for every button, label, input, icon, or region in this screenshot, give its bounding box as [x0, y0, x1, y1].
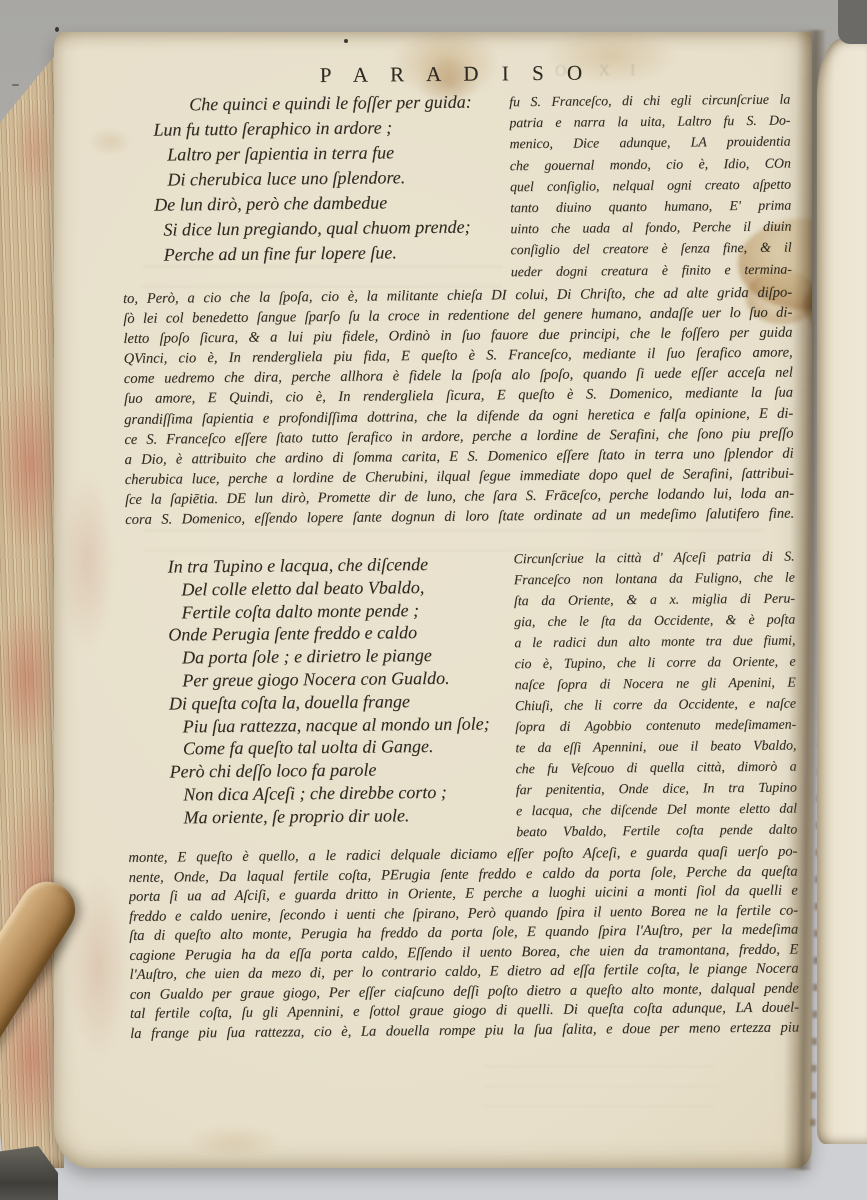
commentary-line: naſce ſopra di Nocera ne gli Apenini, E: [515, 672, 796, 696]
commentary-column-2: Circunſcriue la città d' Aſceſi patria d…: [514, 546, 798, 843]
commentary-line: cio è, Tupino, che li corre da Oriente, …: [515, 651, 796, 675]
commentary-line: e lacqua, che diſcende Del monte eletto …: [516, 798, 797, 822]
commentary-line: Circunſcriue la città d' Aſceſi patria d…: [514, 546, 795, 570]
foxing-stain: [12, 104, 58, 200]
running-title: P A R A D I S O: [121, 59, 790, 90]
dust-speck: [12, 84, 19, 86]
gloss-block-1: to, Però, a cio che la ſpoſa, cio è, la …: [123, 283, 794, 531]
commentary-line: Franceſco non lontana da Fuligno, che le: [514, 567, 795, 591]
commentary-line: che gouernal mondo, cio è, Idio, COn: [510, 152, 791, 176]
commentary-line: ueder dogni creatura è finito e termina-: [511, 258, 792, 282]
book-page: P A R A D I S O O X I Che quinci e quind…: [54, 32, 812, 1168]
commentary-line: fu S. Franceſco, di chi egli circunſcriu…: [509, 89, 790, 113]
verse-line: Come fa queſto tal uolta di Gange.: [169, 735, 490, 761]
verse-line: Perche ad un fine fur lopere ſue.: [155, 240, 474, 268]
printed-text: P A R A D I S O O X I Che quinci e quind…: [54, 32, 812, 1168]
verse-line: Per greue giogo Nocera con Gualdo.: [169, 666, 490, 692]
verse-line: In tra Tupino e lacqua, che diſcende: [168, 552, 489, 578]
dust-speck: [344, 39, 348, 43]
commentary-line: conſiglio del creatore è ſenza fine, & i…: [511, 237, 792, 261]
book-photo: P A R A D I S O O X I Che quinci e quind…: [0, 0, 867, 1200]
verse-block-2: In tra Tupino e lacqua, che diſcende Del…: [168, 552, 491, 829]
verse-line: Che quinci e quindi le foſſer per guida:: [153, 90, 472, 118]
running-title-showthrough: O X I: [555, 62, 644, 81]
commentary-line: gia, che le ſta da Occidente, & è poſta: [514, 609, 795, 633]
commentary-line: quel conſiglio, nelqual ogni creato aſpe…: [510, 173, 791, 197]
verse-block-1: Che quinci e quindi le foſſer per guida:…: [153, 90, 473, 268]
verse-line: De lun dirò, però che dambedue: [154, 190, 473, 218]
foxing-stain: [0, 604, 58, 754]
verse-line: Fertile coſta dalto monte pende ;: [168, 598, 489, 624]
verse-line: Ma oriente, ſe proprio dir uole.: [170, 803, 491, 829]
verse-line: Però chi deſſo loco fa parole: [170, 758, 491, 784]
top-right-shadow: [838, 0, 867, 44]
verse-line: Del colle eletto dal beato Vbaldo,: [168, 575, 489, 601]
commentary-line: che fu Veſcouo di quella città, dimorò a: [516, 756, 797, 780]
verse-line: Laltro per ſapientia in terra fue: [154, 140, 473, 168]
facing-page-sliver: [817, 38, 867, 1144]
commentary-line: te da eſſi Apennini, oue il beato Vbaldo…: [515, 735, 796, 759]
commentary-line: ſopra di Agobbio contenuto medeſimamen-: [515, 714, 796, 738]
gloss-block-2: monte, E queſto è quello, a le radici de…: [128, 843, 799, 1044]
verse-line: Onde Perugia ſente freddo e caldo: [168, 621, 489, 647]
verse-line: Di cherubica luce uno ſplendore.: [154, 165, 473, 193]
commentary-line: a le radici dun alto monte tra due fiumi…: [514, 630, 795, 654]
commentary-line: menico, Dice adunque, LA prouidentia: [510, 131, 791, 155]
verse-line: Lun fu tutto ſeraphico in ardore ;: [153, 115, 472, 143]
commentary-line: far penitentia, Onde dice, In tra Tupino: [516, 777, 797, 801]
verse-line: Si dice lun pregiando, qual chuom prende…: [154, 215, 473, 243]
verse-line: Da porta ſole ; e dirietro le piange: [168, 644, 489, 670]
commentary-line: Chiuſi, che li corre da Occidente, e naſ…: [515, 693, 796, 717]
verse-line: Non dica Aſceſi ; che direbbe corto ;: [170, 780, 491, 806]
commentary-line: tanto diuino quanto humano, E' prima: [510, 194, 791, 218]
verse-line: Di queſta coſta la, douella frange: [169, 689, 490, 715]
commentary-line: beato Vbaldo, Fertile coſta pende dalto: [516, 819, 797, 843]
commentary-line: ſta da Oriente, & a x. miglia di Peru-: [514, 588, 795, 612]
verse-line: Piu ſua rattezza, nacque al mondo un ſol…: [169, 712, 490, 738]
dust-speck: [55, 27, 59, 32]
commentary-line: patria e narra la uita, Laltro fu S. Do-: [509, 110, 790, 134]
commentary-line: uinto che uada al fondo, Perche il diuin: [510, 216, 791, 240]
commentary-column-1: fu S. Franceſco, di chi egli circunſcriu…: [509, 89, 792, 282]
